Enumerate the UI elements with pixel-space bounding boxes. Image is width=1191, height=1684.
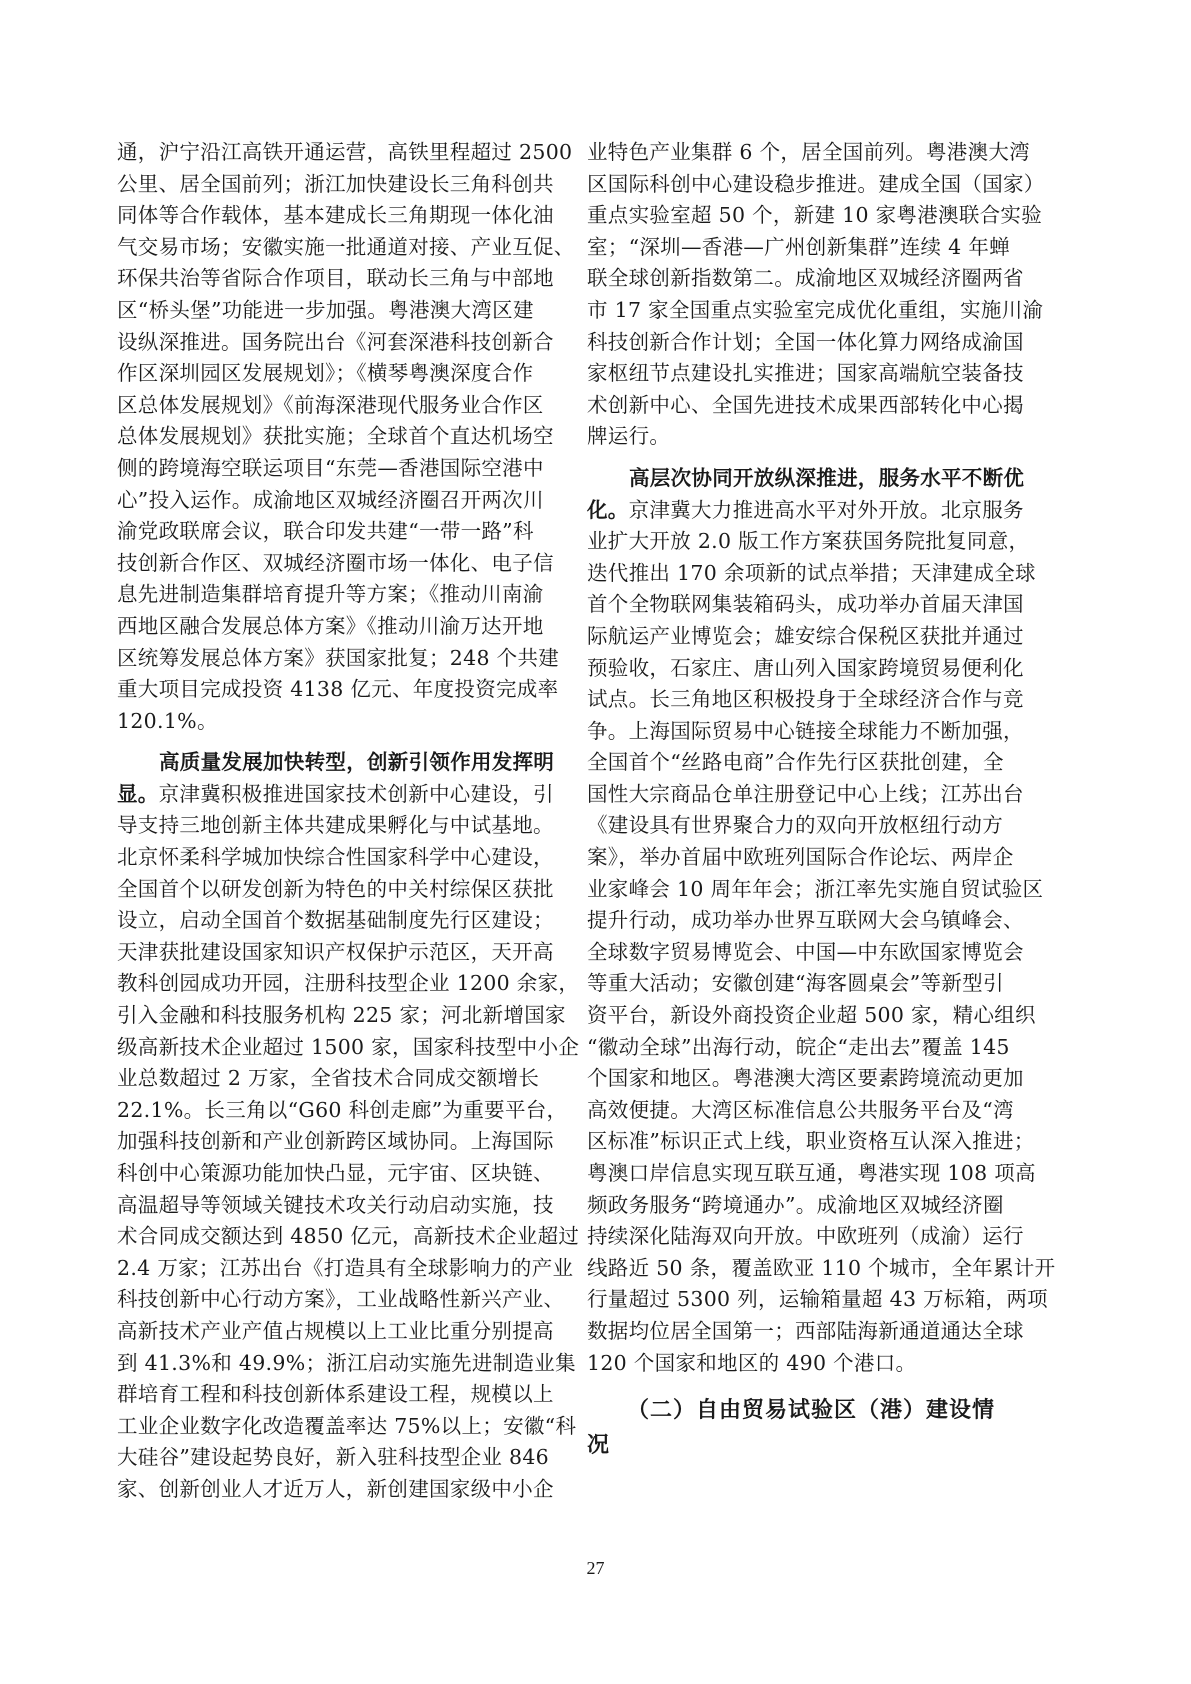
- paragraph-lead-heading-end: 化。: [587, 498, 629, 522]
- left-column: 通，沪宁沿江高铁开通运营，高铁里程超过 2500公里、居全国前列；浙江加快建设长…: [117, 137, 547, 1506]
- section-heading-continuation: 况: [587, 1428, 1017, 1463]
- text-line: 区总体发展规划》《前海深港现代服务业合作区: [117, 390, 547, 422]
- text-line: 案》，举办首届中欧班列国际合作论坛、两岸企: [587, 842, 1017, 874]
- text-line: 到 41.3%和 49.9%；浙江启动实施先进制造业集: [117, 1348, 547, 1380]
- text-line: 高效便捷。大湾区标准信息公共服务平台及“湾: [587, 1095, 1017, 1127]
- text-line: 业家峰会 10 周年年会；浙江率先实施自贸试验区: [587, 874, 1017, 906]
- text-line: 加强科技创新和产业创新跨区域协同。上海国际: [117, 1126, 547, 1158]
- text-line: 市 17 家全国重点实验室完成优化重组，实施川渝: [587, 295, 1017, 327]
- paragraph-open-cooperation: 高层次协同开放纵深推进，服务水平不断优 化。京津冀大力推进高水平对外开放。北京服…: [587, 463, 1017, 1379]
- text-line: 科技创新中心行动方案》，工业战略性新兴产业、: [117, 1284, 547, 1316]
- paragraph-high-quality-development: 高质量发展加快转型，创新引领作用发挥明 显。京津冀积极推进国家技术创新中心建设，…: [117, 747, 547, 1505]
- text-line: 等重大活动；安徽创建“海客圆桌会”等新型引: [587, 968, 1017, 1000]
- text-line: 天津获批建设国家知识产权保护示范区，天开高: [117, 937, 547, 969]
- text-line: 频政务服务“跨境通办”。成渝地区双城经济圈: [587, 1190, 1017, 1222]
- page-number: 27: [0, 1558, 1191, 1579]
- text-line: 粤澳口岸信息实现互联互通，粤港实现 108 项高: [587, 1158, 1017, 1190]
- paragraph-line: 化。京津冀大力推进高水平对外开放。北京服务: [587, 495, 1017, 527]
- text-line: 全国首个“丝路电商”合作先行区获批创建，全: [587, 747, 1017, 779]
- text-line: 120.1%。: [117, 706, 547, 738]
- text-line: 际航运产业博览会；雄安综合保税区获批并通过: [587, 621, 1017, 653]
- paragraph-first-line: 高质量发展加快转型，创新引领作用发挥明: [117, 747, 547, 779]
- text-line: 重大项目完成投资 4138 亿元、年度投资完成率: [117, 674, 547, 706]
- paragraph-lead-heading: 高质量发展加快转型，创新引领作用发挥明: [159, 750, 554, 774]
- text-line: 联全球创新指数第二。成渝地区双城经济圈两省: [587, 263, 1017, 295]
- text-line: 科创中心策源功能加快凸显，元宇宙、区块链、: [117, 1158, 547, 1190]
- text-line: 区统筹发展总体方案》获国家批复；248 个共建: [117, 643, 547, 675]
- text-line: 作区深圳园区发展规划》；《横琴粤澳深度合作: [117, 358, 547, 390]
- text-line: 心”投入运作。成渝地区双城经济圈召开两次川: [117, 485, 547, 517]
- text-line: 通，沪宁沿江高铁开通运营，高铁里程超过 2500: [117, 137, 547, 169]
- text-line: 高新技术产业产值占规模以上工业比重分别提高: [117, 1316, 547, 1348]
- paragraph-lead-heading: 高层次协同开放纵深推进，服务水平不断优: [629, 466, 1024, 490]
- text-line: 牌运行。: [587, 421, 1017, 453]
- text-line: 家、创新创业人才近万人，新创建国家级中小企: [117, 1474, 547, 1506]
- text-line: 气交易市场；安徽实施一批通道对接、产业互促、: [117, 232, 547, 264]
- text-line: 引入金融和科技服务机构 225 家；河北新增国家: [117, 1000, 547, 1032]
- text-line: 2.4 万家；江苏出台《打造具有全球影响力的产业: [117, 1253, 547, 1285]
- text-line: 预验收，石家庄、唐山列入国家跨境贸易便利化: [587, 653, 1017, 685]
- text-line: 资平台，新设外商投资企业超 500 家，精心组织: [587, 1000, 1017, 1032]
- text-line: 息先进制造集群培育提升等方案；《推动川南渝: [117, 579, 547, 611]
- paragraph-line: 显。京津冀积极推进国家技术创新中心建设，引: [117, 779, 547, 811]
- paragraph-lead-heading-end: 显。: [117, 782, 159, 806]
- text-line: 北京怀柔科学城加快综合性国家科学中心建设，: [117, 842, 547, 874]
- text-line: 行量超过 5300 列，运输箱量超 43 万标箱，两项: [587, 1284, 1017, 1316]
- text-line: 室；“深圳—香港—广州创新集群”连续 4 年蝉: [587, 232, 1017, 264]
- paragraph-regional-coordination: 通，沪宁沿江高铁开通运营，高铁里程超过 2500公里、居全国前列；浙江加快建设长…: [117, 137, 547, 737]
- text-line: 导支持三地创新主体共建成果孵化与中试基地。: [117, 810, 547, 842]
- text-line: 个国家和地区。粤港澳大湾区要素跨境流动更加: [587, 1063, 1017, 1095]
- text-line: 业扩大开放 2.0 版工作方案获国务院批复同意，: [587, 526, 1017, 558]
- text-line: 家枢纽节点建设扎实推进；国家高端航空装备技: [587, 358, 1017, 390]
- text-line: 术创新中心、全国先进技术成果西部转化中心揭: [587, 390, 1017, 422]
- text-line: 级高新技术企业超过 1500 家，国家科技型中小企: [117, 1032, 547, 1064]
- text-line: “徽动全球”出海行动，皖企“走出去”覆盖 145: [587, 1032, 1017, 1064]
- paragraph-text: 京津冀大力推进高水平对外开放。北京服务: [629, 498, 1024, 522]
- text-line: 科技创新合作计划；全国一体化算力网络成渝国: [587, 327, 1017, 359]
- paragraph-first-line: 高层次协同开放纵深推进，服务水平不断优: [587, 463, 1017, 495]
- text-line: 22.1%。长三角以“G60 科创走廊”为重要平台，: [117, 1095, 547, 1127]
- text-line: 区国际科创中心建设稳步推进。建成全国（国家）: [587, 169, 1017, 201]
- text-line: 设立，启动全国首个数据基础制度先行区建设；: [117, 905, 547, 937]
- text-line: 区标准”标识正式上线，职业资格互认深入推进；: [587, 1126, 1017, 1158]
- paragraph-innovation-clusters: 业特色产业集群 6 个，居全国前列。粤港澳大湾区国际科创中心建设稳步推进。建成全…: [587, 137, 1017, 453]
- text-line: 国性大宗商品仓单注册登记中心上线；江苏出台: [587, 779, 1017, 811]
- text-line: 区“桥头堡”功能进一步加强。粤港澳大湾区建: [117, 295, 547, 327]
- text-line: 教科创园成功开园，注册科技型企业 1200 余家，: [117, 968, 547, 1000]
- text-line: 环保共治等省际合作项目，联动长三角与中部地: [117, 263, 547, 295]
- text-line: 线路近 50 条，覆盖欧亚 110 个城市，全年累计开: [587, 1253, 1017, 1285]
- text-line: 渝党政联席会议，联合印发共建“一带一路”科: [117, 516, 547, 548]
- text-line: 迭代推出 170 余项新的试点举措；天津建成全球: [587, 558, 1017, 590]
- text-line: 数据均位居全国第一；西部陆海新通道通达全球: [587, 1316, 1017, 1348]
- text-line: 全球数字贸易博览会、中国—中东欧国家博览会: [587, 937, 1017, 969]
- right-column: 业特色产业集群 6 个，居全国前列。粤港澳大湾区国际科创中心建设稳步推进。建成全…: [587, 137, 1017, 1463]
- text-line: 争。上海国际贸易中心链接全球能力不断加强，: [587, 716, 1017, 748]
- text-line: 提升行动，成功举办世界互联网大会乌镇峰会、: [587, 905, 1017, 937]
- text-line: 《建设具有世界聚合力的双向开放枢纽行动方: [587, 810, 1017, 842]
- text-line: 同体等合作载体，基本建成长三角期现一体化油: [117, 200, 547, 232]
- text-line: 术合同成交额达到 4850 亿元，高新技术企业超过: [117, 1221, 547, 1253]
- section-heading: （二）自由贸易试验区（港）建设情: [587, 1393, 1017, 1428]
- text-line: 侧的跨境海空联运项目“东莞—香港国际空港中: [117, 453, 547, 485]
- text-line: 工业企业数字化改造覆盖率达 75%以上；安徽“科: [117, 1411, 547, 1443]
- text-line: 业总数超过 2 万家，全省技术合同成交额增长: [117, 1063, 547, 1095]
- text-line: 持续深化陆海双向开放。中欧班列（成渝）运行: [587, 1221, 1017, 1253]
- text-line: 群培育工程和科技创新体系建设工程，规模以上: [117, 1379, 547, 1411]
- text-line: 大硅谷”建设起势良好，新入驻科技型企业 846: [117, 1442, 547, 1474]
- text-line: 120 个国家和地区的 490 个港口。: [587, 1348, 1017, 1380]
- text-line: 业特色产业集群 6 个，居全国前列。粤港澳大湾: [587, 137, 1017, 169]
- text-line: 西地区融合发展总体方案》《推动川渝万达开地: [117, 611, 547, 643]
- text-line: 设纵深推进。国务院出台《河套深港科技创新合: [117, 327, 547, 359]
- text-line: 总体发展规划》获批实施；全球首个直达机场空: [117, 421, 547, 453]
- text-line: 高温超导等领域关键技术攻关行动启动实施，技: [117, 1190, 547, 1222]
- text-line: 公里、居全国前列；浙江加快建设长三角科创共: [117, 169, 547, 201]
- text-line: 技创新合作区、双城经济圈市场一体化、电子信: [117, 548, 547, 580]
- text-line: 试点。长三角地区积极投身于全球经济合作与竞: [587, 684, 1017, 716]
- text-line: 重点实验室超 50 个，新建 10 家粤港澳联合实验: [587, 200, 1017, 232]
- text-line: 全国首个以研发创新为特色的中关村综保区获批: [117, 874, 547, 906]
- text-line: 首个全物联网集装箱码头，成功举办首届天津国: [587, 589, 1017, 621]
- paragraph-text: 京津冀积极推进国家技术创新中心建设，引: [159, 782, 554, 806]
